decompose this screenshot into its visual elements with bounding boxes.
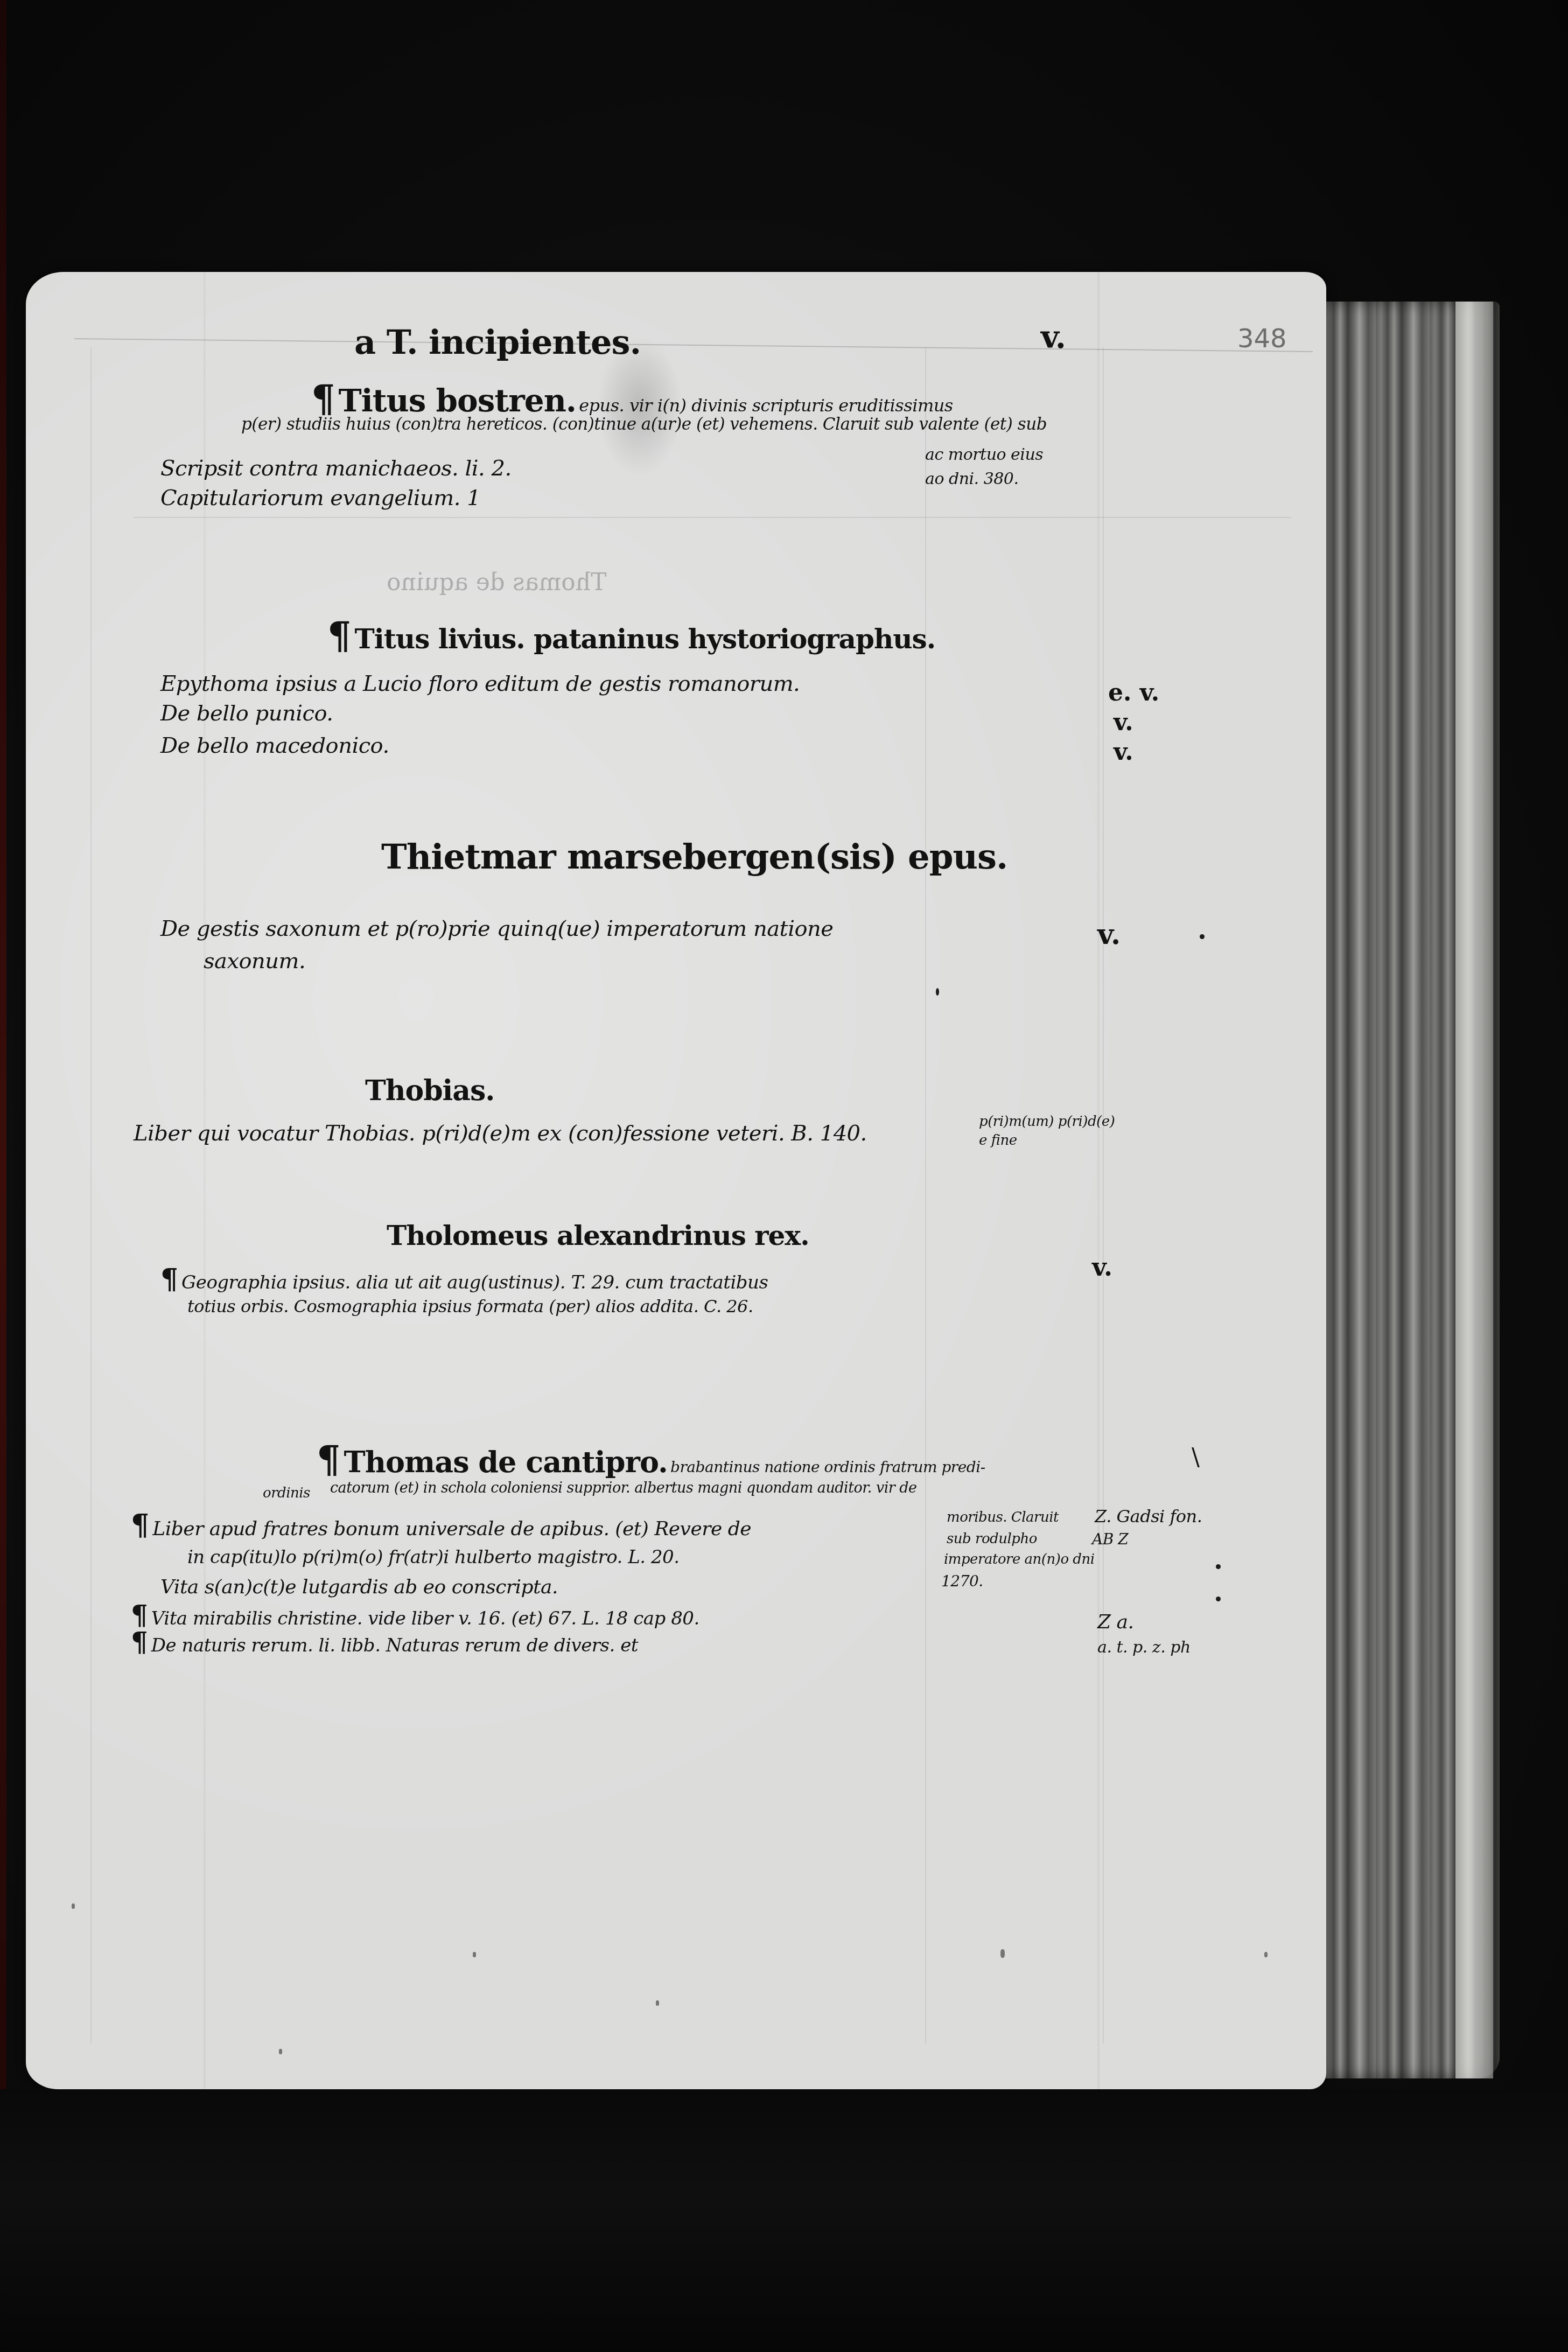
- shelf-note: Z. Gadsi fon.: [1095, 1508, 1202, 1525]
- red-film-edge: [0, 0, 6, 2352]
- mark-column-rule: [1103, 347, 1104, 2043]
- paragraph-mark-icon: ¶: [160, 1263, 178, 1296]
- margin-note: e fine: [979, 1133, 1017, 1147]
- left-margin-rule: [90, 347, 92, 2043]
- heading-continuation: epus. vir i(n) divinis scripturis erudit…: [579, 395, 953, 416]
- heading-continuation: brabantinus natione ordinis fratrum pred…: [670, 1458, 985, 1476]
- mark-dot: [936, 988, 939, 996]
- section-heading: Titus livius. pataninus hystoriographus.: [355, 623, 936, 655]
- paper-speck: [279, 2049, 282, 2054]
- entry: ¶Liber apud fratres bonum universale de …: [131, 1510, 751, 1539]
- margin-note: ac mortuo eius: [925, 447, 1043, 463]
- section-heading: Thietmar marsebergen(sis) epus.: [381, 840, 1007, 874]
- margin-note: ao dni. 380.: [925, 471, 1018, 487]
- entry-continuation: in cap(itu)lo p(ri)m(o) fr(atr)i hulbert…: [187, 1548, 680, 1566]
- description-line: p(er) studiis huius (con)tra hereticos. …: [241, 416, 1047, 433]
- entry-continuation: totius orbis. Cosmographia ipsius format…: [187, 1298, 753, 1315]
- entry: Scripsit contra manichaeos. li. 2.: [160, 458, 512, 479]
- paragraph-mark-icon: ¶: [131, 1508, 149, 1542]
- paragraph-mark-icon: ¶: [327, 613, 352, 657]
- section-heading: Thomas de cantipro.: [344, 1445, 668, 1479]
- paper-speck: [473, 1952, 476, 1957]
- section-titus-livius: ¶Titus livius. pataninus hystoriographus…: [327, 617, 935, 654]
- folio-number: 348: [1237, 326, 1287, 352]
- shelf-mark: v.: [1097, 921, 1121, 949]
- entry: Capitulariorum evangelium. 1: [160, 487, 480, 509]
- margin-note: imperatore an(n)o dni: [944, 1552, 1095, 1566]
- margin-prefix: ordinis: [263, 1486, 310, 1500]
- bleed-through-text: Thomas de aquino: [387, 571, 607, 594]
- paragraph-mark-icon: ¶: [311, 376, 335, 421]
- dark-background-bottom: [0, 2089, 1568, 2352]
- margin-note: moribus. Claruit: [947, 1510, 1059, 1524]
- shelf-mark: v.: [1114, 711, 1133, 734]
- entry: Vita s(an)c(t)e lutgardis ab eo conscrip…: [160, 1578, 558, 1597]
- paper-speck: [1000, 1949, 1005, 1958]
- section-titus-bostrensis: ¶Titus bostren. epus. vir i(n) divinis s…: [311, 380, 953, 417]
- mark-dot: [1216, 1597, 1221, 1601]
- margin-note: 1270.: [941, 1574, 983, 1589]
- bottom-right-note: a. t. p. z. ph: [1097, 1640, 1191, 1656]
- entry: ¶Vita mirabilis christine. vide liber v.…: [131, 1602, 699, 1629]
- paper-speck: [1264, 1952, 1268, 1957]
- entry: De bello punico.: [160, 703, 333, 724]
- paragraph-mark-icon: ¶: [317, 1437, 341, 1481]
- ruling-line: [134, 517, 1291, 518]
- section-heading: Thobias.: [365, 1077, 494, 1105]
- entry-continuation: saxonum.: [204, 950, 305, 972]
- shelf-mark: v.: [1114, 740, 1133, 764]
- entry: ¶Geographia ipsius. alia ut ait aug(usti…: [160, 1265, 768, 1293]
- heading-continuation: catorum (et) in schola coloniensi suppri…: [330, 1481, 917, 1495]
- shelf-mark: v.: [1092, 1255, 1112, 1279]
- paragraph-mark-icon: ¶: [131, 1626, 148, 1658]
- shelf-note: AB Z: [1092, 1532, 1128, 1547]
- entry: Epythoma ipsius a Lucio floro editum de …: [160, 673, 800, 695]
- entry: ¶De naturis rerum. li. libb. Naturas rer…: [131, 1629, 638, 1656]
- bottom-right-note: Z a.: [1097, 1613, 1133, 1632]
- paper-speck: [656, 2000, 659, 2006]
- top-ruling-line: [74, 338, 1313, 352]
- section-thomas-cantipratensis: ¶Thomas de cantipro. brabantinus natione…: [317, 1440, 985, 1478]
- entry: De gestis saxonum et p(ro)prie quinq(ue)…: [160, 918, 833, 940]
- paper-speck: [72, 1903, 75, 1909]
- book-fore-edge: [1322, 302, 1500, 2078]
- entry: De bello macedonico.: [160, 735, 389, 757]
- running-head-mark: v.: [1041, 321, 1066, 353]
- margin-note: sub rodulpho: [947, 1532, 1037, 1546]
- mark-dot: [1200, 934, 1205, 939]
- mark-dot: [1216, 1564, 1221, 1569]
- margin-note: p(ri)m(um) p(ri)d(e): [979, 1115, 1115, 1129]
- section-heading: Titus bostren.: [339, 382, 577, 419]
- running-head: a T. incipientes.: [354, 326, 641, 359]
- section-heading: Tholomeus alexandrinus rex.: [387, 1222, 809, 1249]
- entry: Liber qui vocatur Thobias. p(ri)d(e)m ex…: [134, 1123, 867, 1144]
- stroke-mark: \: [1192, 1446, 1200, 1469]
- shelf-mark: e. v.: [1108, 681, 1159, 705]
- right-margin-rule: [925, 347, 926, 2043]
- manuscript-page: a T. incipientes. v. 348 ¶Titus bostren.…: [26, 272, 1326, 2089]
